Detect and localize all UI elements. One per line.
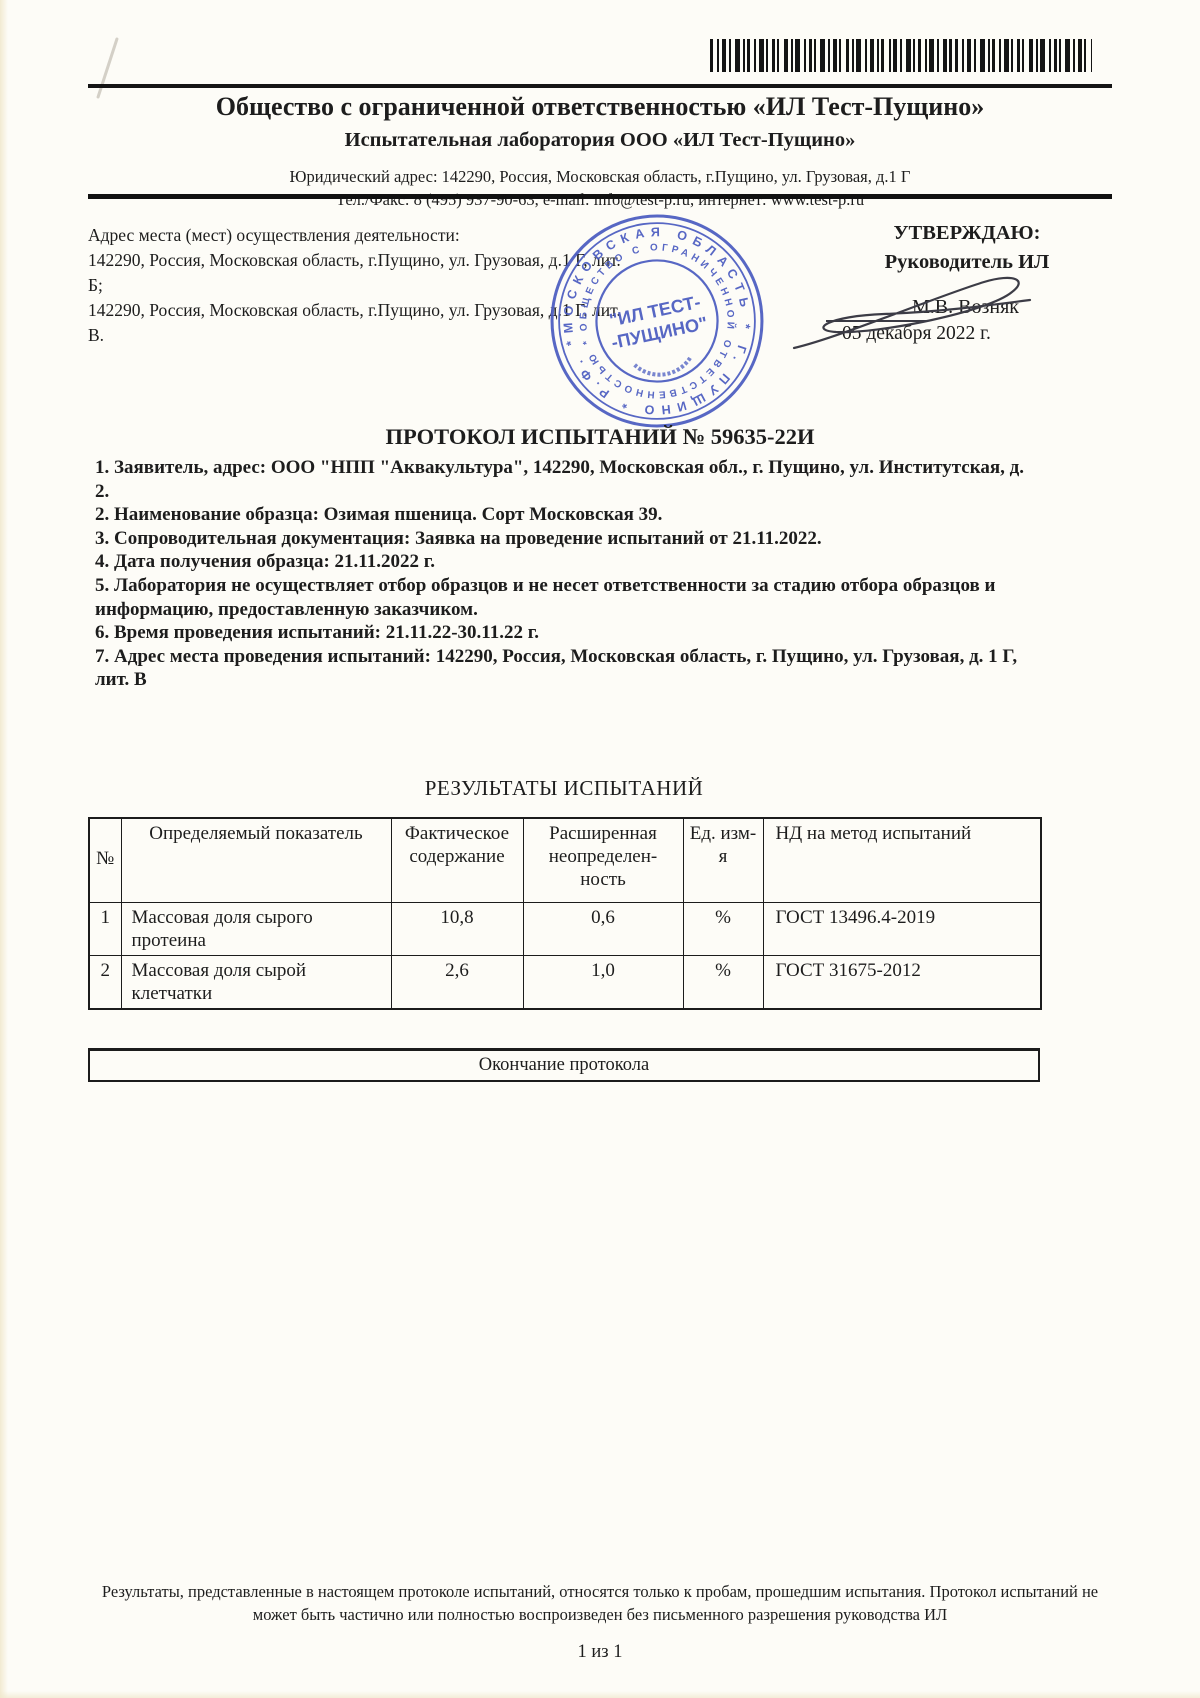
- col-header-num: №: [89, 818, 121, 902]
- table-row: 2 Массовая доля сырой клетчатки 2,6 1,0 …: [89, 955, 1041, 1009]
- col-header-unit: Ед. изм-я: [683, 818, 763, 902]
- cell-actual: 10,8: [391, 902, 523, 955]
- header-rule-top: [88, 84, 1112, 88]
- col-header-uncertainty: Расширенная неопределен-ность: [523, 818, 683, 902]
- protocol-end-note: Окончание протокола: [88, 1048, 1040, 1082]
- cell-method: ГОСТ 31675-2012: [763, 955, 1041, 1009]
- protocol-item: 6. Время проведения испытаний: 21.11.22-…: [95, 621, 1043, 645]
- header-rule-bottom: [88, 194, 1112, 199]
- approve-label: УТВЕРЖДАЮ:: [822, 222, 1112, 245]
- cell-uncertainty: 1,0: [523, 955, 683, 1009]
- results-table: № Определяемый показатель Фактическое со…: [88, 817, 1042, 1010]
- cell-num: 2: [89, 955, 121, 1009]
- results-title: РЕЗУЛЬТАТЫ ИСПЫТАНИЙ: [88, 776, 1040, 801]
- protocol-item: 7. Адрес места проведения испытаний: 142…: [95, 645, 1043, 692]
- pen-mark: [96, 37, 119, 99]
- table-row: 1 Массовая доля сырого протеина 10,8 0,6…: [89, 902, 1041, 955]
- protocol-item: 4. Дата получения образца: 21.11.2022 г.: [95, 550, 1043, 574]
- lab-name: Испытательная лаборатория ООО «ИЛ Тест-П…: [88, 129, 1112, 152]
- cell-method: ГОСТ 13496.4-2019: [763, 902, 1041, 955]
- contact-info: Тел./Факс: 8 (495) 937-90-63, e-mail: in…: [88, 190, 1112, 210]
- document-page: { "header": { "org_name": "Общество с ог…: [0, 0, 1200, 1698]
- letterhead: Общество с ограниченной ответственностью…: [88, 92, 1112, 210]
- cell-unit: %: [683, 955, 763, 1009]
- cell-indicator: Массовая доля сырого протеина: [121, 902, 391, 955]
- round-stamp: МОСКОВСКАЯ ОБЛАСТЬ * Г. ПУЩИНО * Р.Ф. * …: [546, 210, 768, 432]
- footer-disclaimer: Результаты, представленные в настоящем п…: [100, 1580, 1100, 1626]
- table-header-row: № Определяемый показатель Фактическое со…: [89, 818, 1041, 902]
- cell-unit: %: [683, 902, 763, 955]
- cell-num: 1: [89, 902, 121, 955]
- cell-actual: 2,6: [391, 955, 523, 1009]
- protocol-item: 3. Сопроводительная документация: Заявка…: [95, 527, 1043, 551]
- col-header-actual: Фактическое содержание: [391, 818, 523, 902]
- signature-mark: [788, 270, 1058, 358]
- legal-address: Юридический адрес: 142290, Россия, Моско…: [88, 167, 1112, 187]
- org-name: Общество с ограниченной ответственностью…: [88, 92, 1112, 122]
- barcode: [710, 39, 1092, 72]
- protocol-title: ПРОТОКОЛ ИСПЫТАНИЙ № 59635-22И: [88, 424, 1112, 450]
- page-number: 1 из 1: [0, 1642, 1200, 1663]
- approval-block: УТВЕРЖДАЮ: Руководитель ИЛ: [822, 222, 1112, 274]
- protocol-item: 1. Заявитель, адрес: ООО "НПП "Аквакульт…: [95, 456, 1043, 503]
- scan-edge-bottom: [0, 1691, 1200, 1698]
- scan-edge-left: [0, 0, 8, 1698]
- cell-indicator: Массовая доля сырой клетчатки: [121, 955, 391, 1009]
- protocol-items: 1. Заявитель, адрес: ООО "НПП "Аквакульт…: [95, 456, 1043, 692]
- protocol-item: 2. Наименование образца: Озимая пшеница.…: [95, 503, 1043, 527]
- cell-uncertainty: 0,6: [523, 902, 683, 955]
- col-header-indicator: Определяемый показатель: [121, 818, 391, 902]
- col-header-method: НД на метод испытаний: [763, 818, 1041, 902]
- protocol-item: 5. Лаборатория не осуществляет отбор обр…: [95, 574, 1043, 621]
